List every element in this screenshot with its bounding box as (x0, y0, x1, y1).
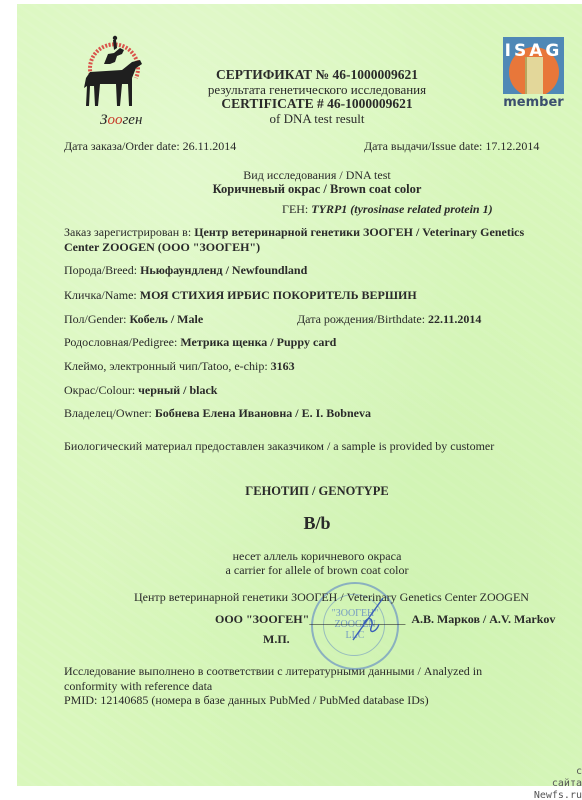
birthdate: Дата рождения/Birthdate: 22.11.2014 (297, 312, 481, 327)
isag-badge: ISAG (503, 37, 564, 94)
certificate-title-ru: СЕРТИФИКАТ № 46-1000009621 (167, 68, 467, 83)
order-date-value: 26.11.2014 (183, 139, 237, 153)
certificate-title-block: СЕРТИФИКАТ № 46-1000009621 результата ге… (167, 68, 467, 126)
dna-test-label: Вид исследования / DNA test (167, 168, 467, 183)
sample-note: Биологический материал предоставлен зака… (64, 439, 494, 454)
certificate-subtitle-en: of DNA test result (167, 112, 467, 127)
owner: Владелец/Owner: Бобнева Елена Ивановна /… (64, 406, 371, 421)
gene-value: TYRP1 (tyrosinase related protein 1) (311, 202, 492, 216)
dna-test-value: Коричневый окрас / Brown coat color (167, 182, 467, 197)
pedigree: Родословная/Pedigree: Метрика щенка / Pu… (64, 335, 336, 350)
signature-center: Центр ветеринарной генетики ЗООГЕН / Vet… (134, 590, 529, 605)
handwritten-signature-icon (349, 596, 389, 642)
dog-name: Кличка/Name: МОЯ СТИХИЯ ИРБИС ПОКОРИТЕЛЬ… (64, 288, 417, 303)
site-watermark: с сайта Newfs.ru (525, 766, 582, 800)
breed: Порода/Breed: Ньюфаундленд / Newfoundlan… (64, 263, 307, 278)
signature-org: ООО "ЗООГЕН" (215, 612, 309, 626)
e-chip: Клеймо, электронный чип/Tatoo, e-chip: 3… (64, 359, 295, 374)
zoogen-wordmark: Зооген (100, 112, 142, 129)
colour: Окрас/Colour: черный / black (64, 383, 217, 398)
isag-scroll-icon (525, 57, 543, 94)
genotype-value: B/b (217, 513, 417, 534)
certificate-page: Зооген ISAG member СЕРТИФИКАТ № 46-10000… (17, 4, 582, 786)
isag-member-caption: member (501, 95, 566, 110)
gene: ГЕН: TYRP1 (tyrosinase related protein 1… (282, 202, 493, 217)
order-date: Дата заказа/Order date: 26.11.2014 (64, 139, 236, 154)
registered-at: Заказ зарегистрирован в: Центр ветеринар… (64, 225, 524, 255)
issue-date-value: 17.12.2014 (485, 139, 539, 153)
certificate-title-en: CERTIFICATE # 46-1000009621 (167, 97, 467, 112)
zoogen-logo: Зооген (70, 26, 160, 134)
footer-reference: Исследование выполнено в соответствии с … (64, 664, 534, 708)
genotype-title: ГЕНОТИП / GENOTYPE (167, 484, 467, 499)
isag-member-logo: ISAG member (503, 37, 564, 119)
signer-name: А.В. Марков / A.V. Markov (411, 612, 555, 626)
gender: Пол/Gender: Кобель / Male (64, 312, 203, 327)
certificate-subtitle-ru: результата генетического исследования (167, 83, 467, 98)
issue-date: Дата выдачи/Issue date: 17.12.2014 (364, 139, 539, 154)
stamp-place: М.П. (263, 632, 290, 647)
horse-rider-icon (70, 26, 160, 116)
genotype-description: несет аллель коричневого окраса a carrie… (167, 549, 467, 577)
isag-letters: ISAG (503, 41, 564, 61)
